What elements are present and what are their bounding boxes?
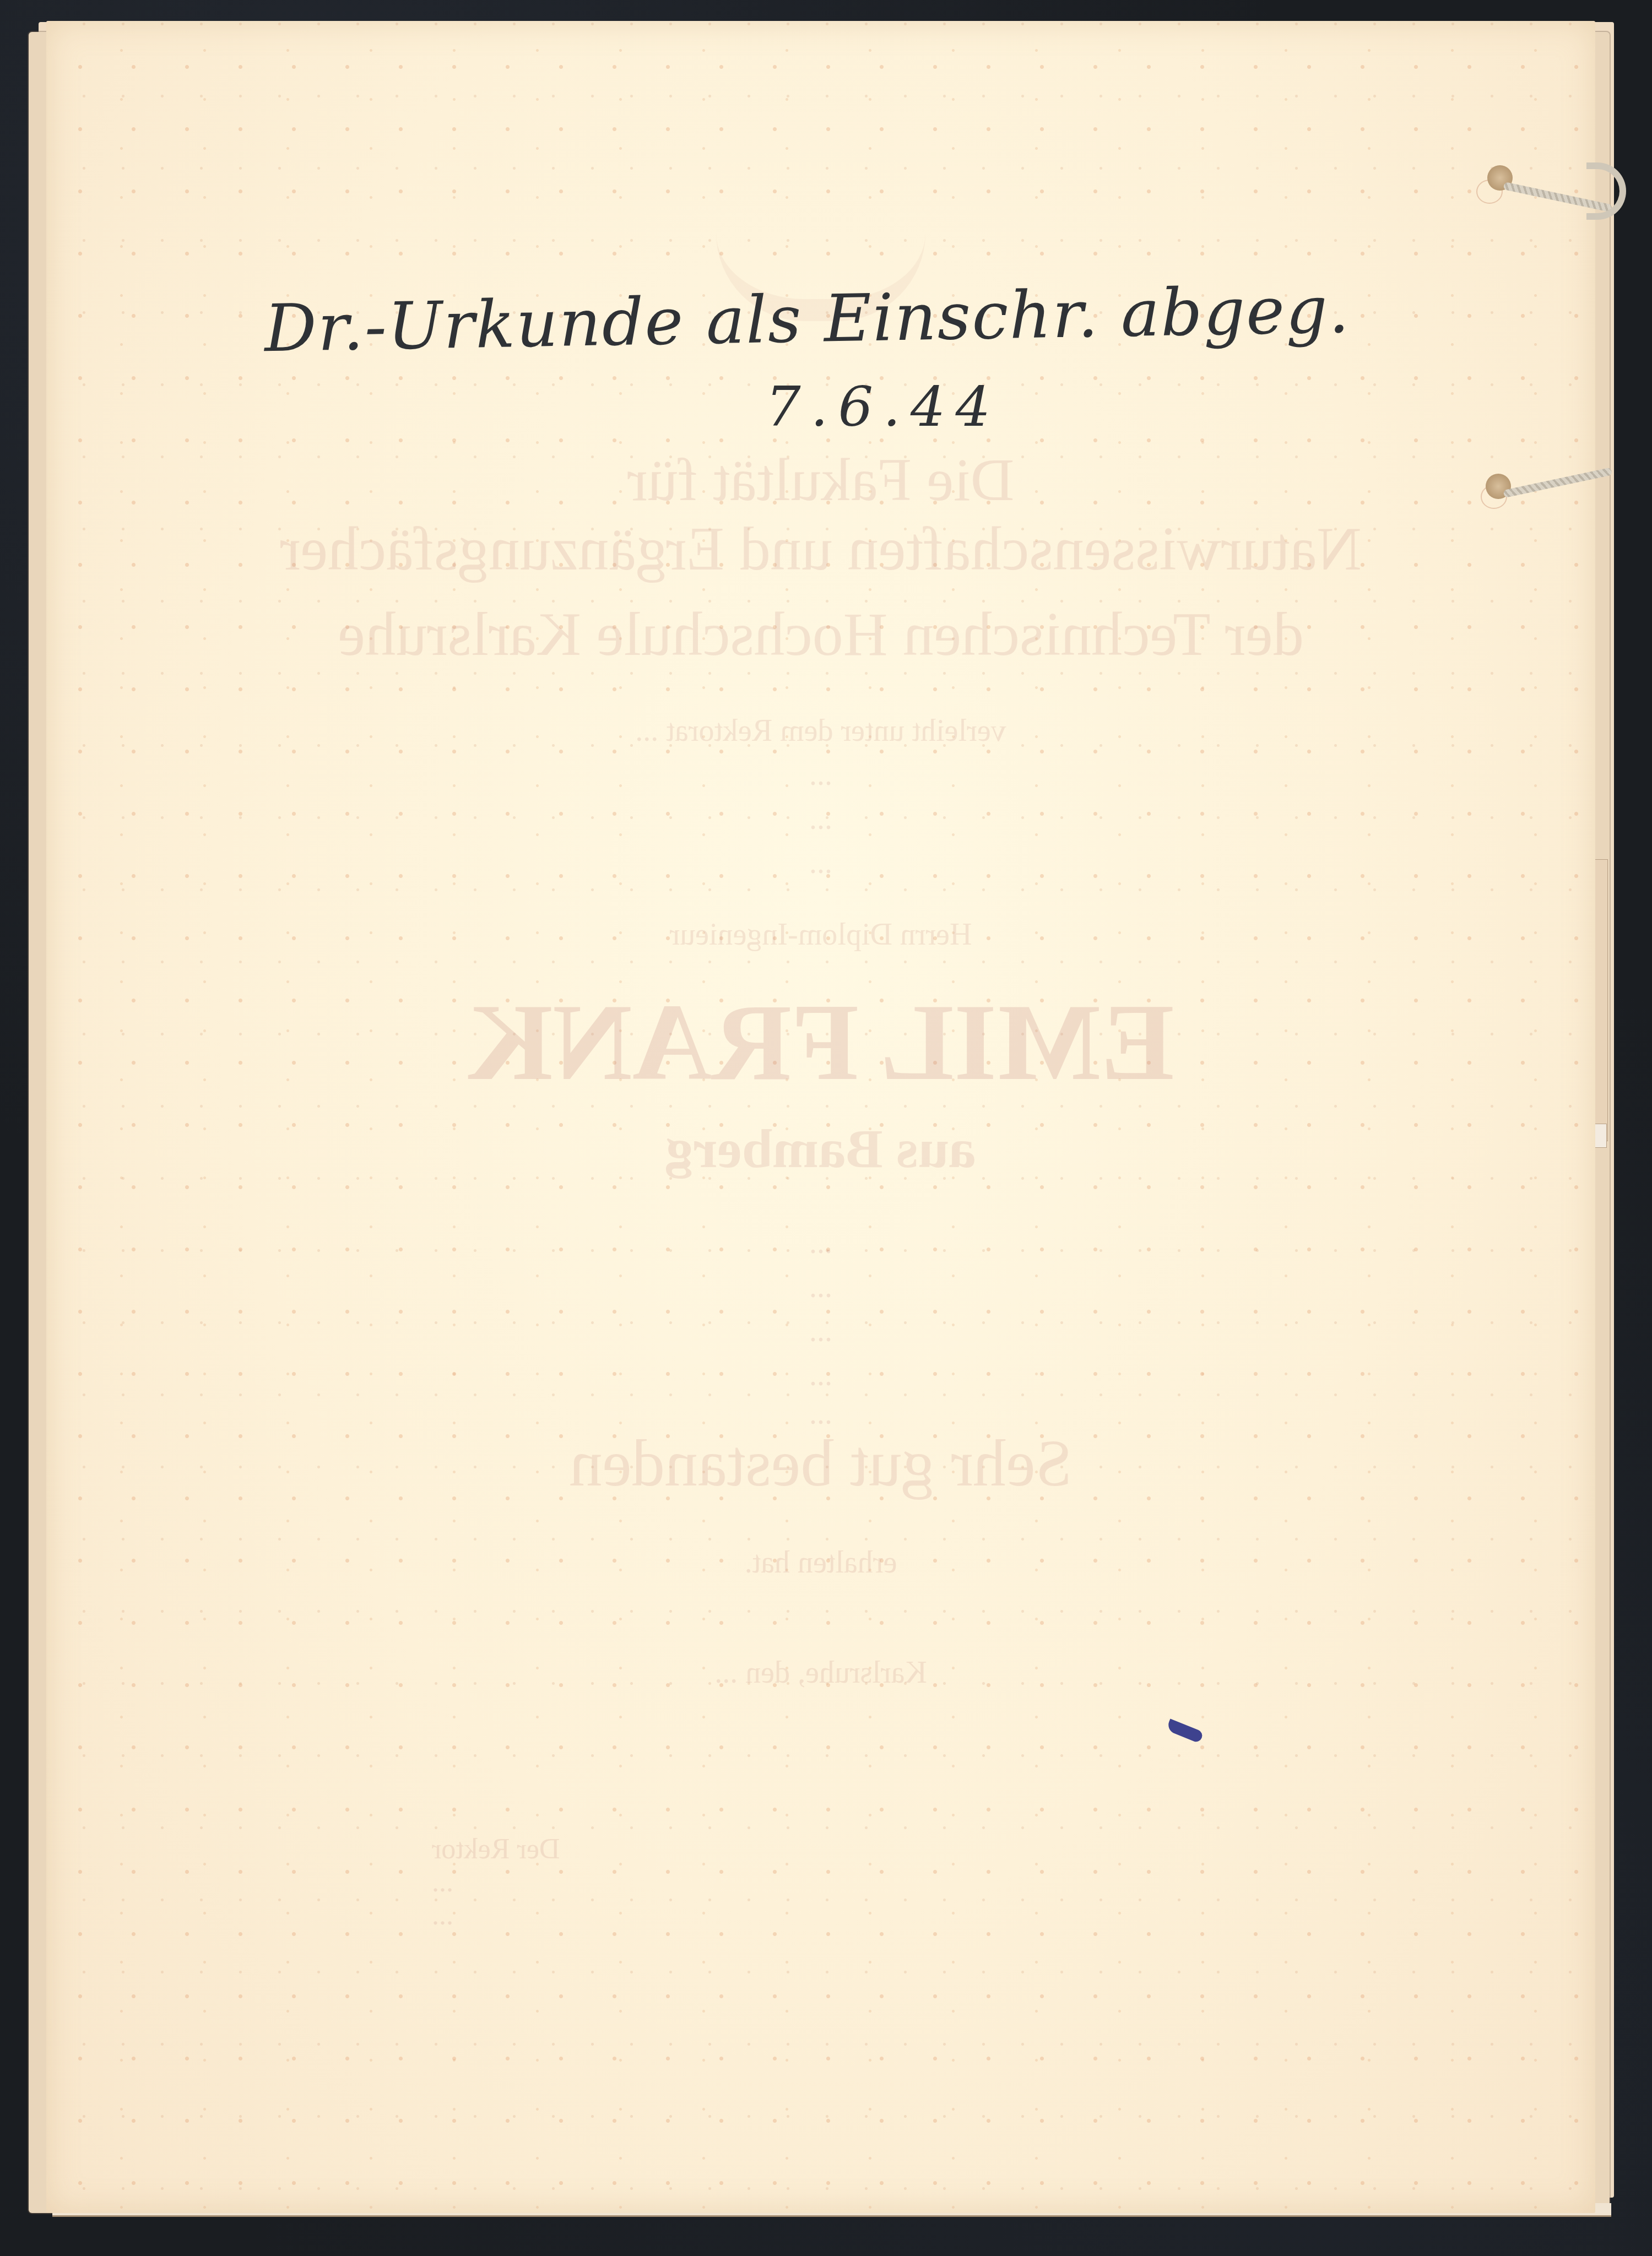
protruding-sheet-corner [1594,1124,1607,1148]
handwritten-date: 7.6.44 [766,375,1000,439]
protruding-sheet-edge [1594,859,1608,1141]
